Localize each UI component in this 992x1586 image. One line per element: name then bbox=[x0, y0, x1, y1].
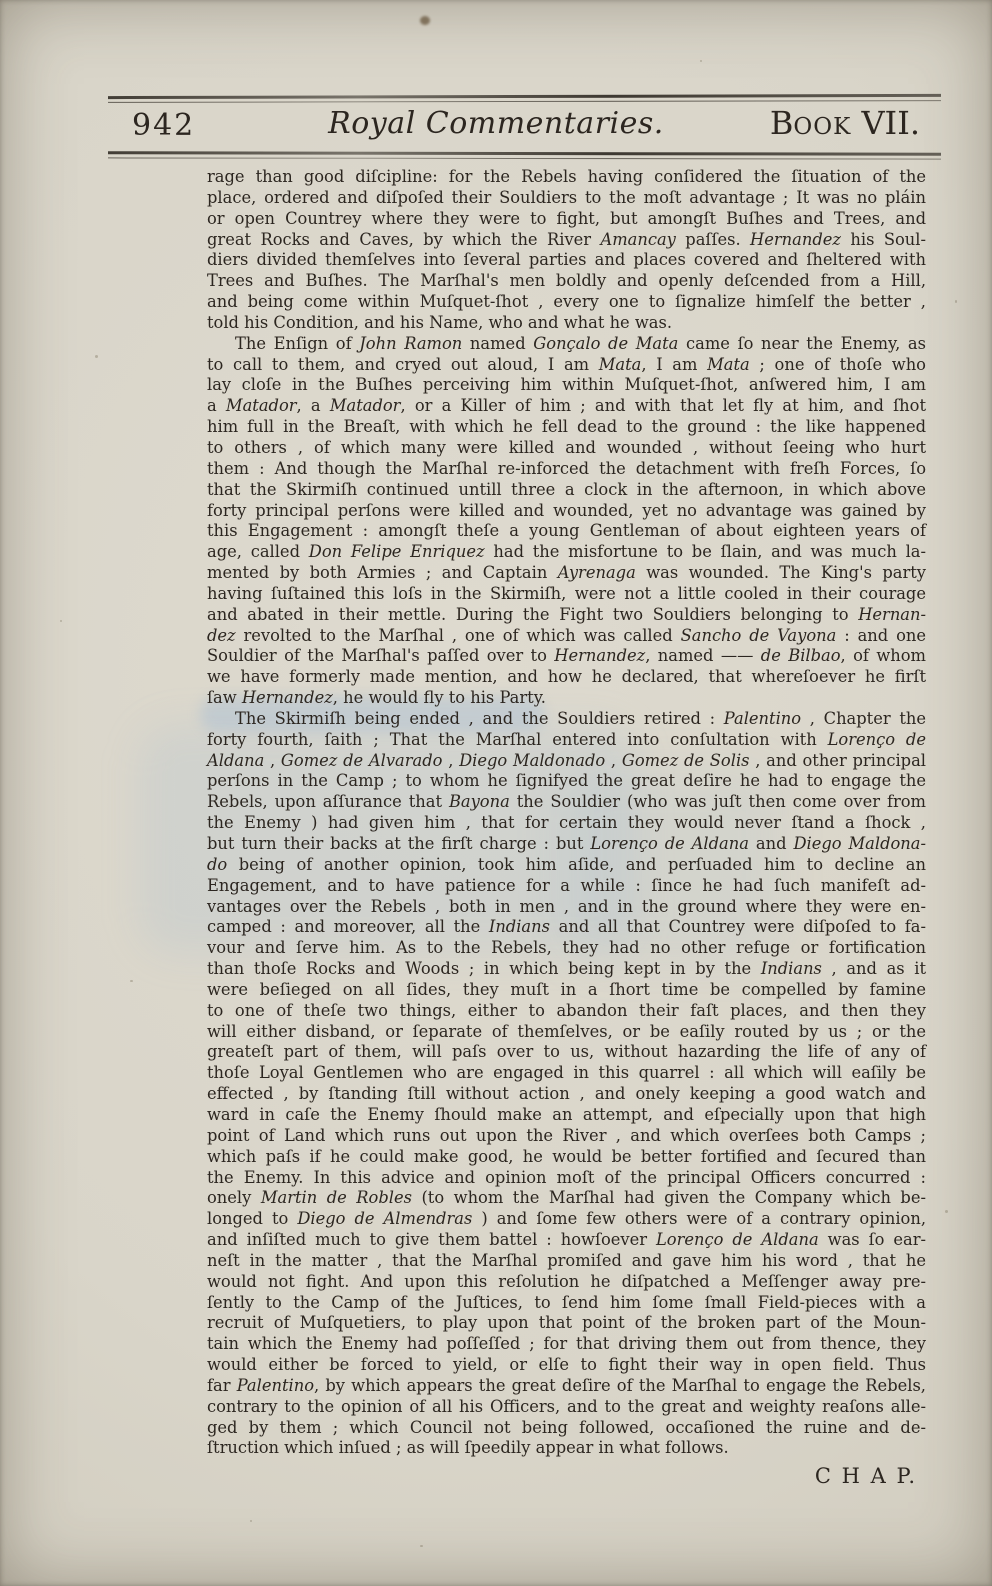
text-line: vour and ſerve him. As to the Rebels, th… bbox=[207, 938, 926, 959]
text-line: will either disband, or ſeparate of them… bbox=[207, 1022, 926, 1043]
text-line: The Enſign of John Ramon named Gonçalo d… bbox=[207, 334, 926, 355]
text-line: do being of another opinion, took him aſ… bbox=[207, 855, 926, 876]
text-line: recruit of Muſquetiers, to play upon tha… bbox=[207, 1313, 926, 1334]
text-line: Rebels, upon aſſurance that Bayona the S… bbox=[207, 792, 926, 813]
text-line: neſt in the matter , that the Marſhal pr… bbox=[207, 1251, 926, 1272]
paper-speck bbox=[60, 620, 62, 622]
text-line: ſently to the Camp of the Juſtices, to ſ… bbox=[207, 1293, 926, 1314]
text-line: having ſuſtained this loſs in the Skirmi… bbox=[207, 584, 926, 605]
text-line: age, called Don Felipe Enriquez had the … bbox=[207, 542, 926, 563]
text-line: effected , by ſtanding ſtill without act… bbox=[207, 1084, 926, 1105]
book-page-scan: 942 Royal Commentaries. Book VII. rage t… bbox=[0, 0, 992, 1586]
text-line: and being come within Muſquet-ſhot , eve… bbox=[207, 292, 926, 313]
text-line: and abated in their mettle. During the F… bbox=[207, 605, 926, 626]
paper-speck bbox=[95, 355, 98, 358]
text-line: diers divided themſelves into ſeveral pa… bbox=[207, 250, 926, 271]
text-line: rage than good diſcipline: for the Rebel… bbox=[207, 167, 926, 188]
header-rule-bottom-thin bbox=[108, 157, 941, 159]
book-numeral: VII. bbox=[851, 104, 920, 142]
text-line: longed to Diego de Almendras ) and ſome … bbox=[207, 1209, 926, 1230]
text-line: ſtruction which inſued ; as will ſpeedil… bbox=[207, 1438, 926, 1459]
text-line: or open Countrey where they were to figh… bbox=[207, 209, 926, 230]
text-line: mented by both Armies ; and Captain Ayre… bbox=[207, 563, 926, 584]
paper-speck bbox=[420, 1545, 423, 1547]
paragraph: rage than good diſcipline: for the Rebel… bbox=[207, 167, 926, 334]
header-rule-bottom-thick bbox=[108, 151, 941, 155]
text-line: camped : and moreover, all the Indians a… bbox=[207, 917, 926, 938]
book-label: Book VII. bbox=[770, 104, 920, 142]
text-line: dez revolted to the Marſhal , one of whi… bbox=[207, 626, 926, 647]
text-line: contrary to the opinion of all his Offic… bbox=[207, 1397, 926, 1418]
text-line: were beſieged on all ſides, they muſt in… bbox=[207, 980, 926, 1001]
text-line: vantages over the Rebels , both in men ,… bbox=[207, 897, 926, 918]
text-line: ward in caſe the Enemy ſhould make an at… bbox=[207, 1105, 926, 1126]
paper-speck bbox=[945, 1210, 948, 1213]
header-rule-top-thin bbox=[108, 100, 941, 103]
text-line: to others , of which many were killed an… bbox=[207, 438, 926, 459]
header-rule-top-thick bbox=[108, 94, 941, 99]
text-line: would either be forced to yield, or elſe… bbox=[207, 1355, 926, 1376]
text-line: lay cloſe in the Buſhes perceiving him w… bbox=[207, 375, 926, 396]
paper-speck bbox=[955, 300, 957, 303]
text-line: would not fight. And upon this reſolutio… bbox=[207, 1272, 926, 1293]
text-line: the Enemy. In this advice and opinion mo… bbox=[207, 1168, 926, 1189]
paper-speck bbox=[130, 980, 133, 982]
text-line: thoſe Loyal Gentlemen who are engaged in… bbox=[207, 1063, 926, 1084]
text-line: great Rocks and Caves, by which the Rive… bbox=[207, 230, 926, 251]
text-line: Souldier of the Marſhal's paſſed over to… bbox=[207, 646, 926, 667]
paper-speck bbox=[700, 60, 702, 62]
text-line: him full in the Breaſt, with which he fe… bbox=[207, 417, 926, 438]
text-line: than thoſe Rocks and Woods ; in which be… bbox=[207, 959, 926, 980]
text-line: onely Martin de Robles (to whom the Marſ… bbox=[207, 1188, 926, 1209]
text-line: greateſt part of them, will paſs over to… bbox=[207, 1042, 926, 1063]
text-line: but turn their backs at the firſt charge… bbox=[207, 834, 926, 855]
text-line: them : And though the Marſhal re-inforce… bbox=[207, 459, 926, 480]
paragraph: The Enſign of John Ramon named Gonçalo d… bbox=[207, 334, 926, 709]
text-line: forty fourth, ſaith ; That the Marſhal e… bbox=[207, 730, 926, 751]
text-block: rage than good diſcipline: for the Rebel… bbox=[207, 167, 926, 1459]
book-smallcaps: ook bbox=[793, 114, 851, 140]
text-line: told his Condition, and his Name, who an… bbox=[207, 313, 926, 334]
text-line: to call to them, and cryed out aloud, I … bbox=[207, 355, 926, 376]
text-line: Trees and Buſhes. The Marſhal's men bold… bbox=[207, 271, 926, 292]
text-line: and inſiſted much to give them battel : … bbox=[207, 1230, 926, 1251]
text-line: Engagement, and to have patience for a w… bbox=[207, 876, 926, 897]
text-line: which paſs if he could make good, he wou… bbox=[207, 1147, 926, 1168]
text-line: to one of theſe two things, either to ab… bbox=[207, 1001, 926, 1022]
book-initial: B bbox=[770, 104, 794, 142]
catchword: C H A P. bbox=[207, 1464, 917, 1488]
text-line: a Matador, a Matador, or a Killer of him… bbox=[207, 396, 926, 417]
text-line: perſons in the Camp ; to whom he ſignify… bbox=[207, 771, 926, 792]
text-line: tain which the Enemy had poſſeſſed ; for… bbox=[207, 1334, 926, 1355]
text-line: ged by them ; which Council not being fo… bbox=[207, 1418, 926, 1439]
text-line: far Palentino, by which appears the grea… bbox=[207, 1376, 926, 1397]
paragraph: The Skirmiſh being ended , and the Sould… bbox=[207, 709, 926, 1459]
text-line: Aldana , Gomez de Alvarado , Diego Maldo… bbox=[207, 751, 926, 772]
text-line: The Skirmiſh being ended , and the Sould… bbox=[207, 709, 926, 730]
text-line: this Engagement : amongſt theſe a young … bbox=[207, 521, 926, 542]
ink-spot bbox=[420, 16, 430, 25]
text-line: ſaw Hernandez, he would fly to his Party… bbox=[207, 688, 926, 709]
text-line: place, ordered and diſpoſed their Souldi… bbox=[207, 188, 926, 209]
text-line: point of Land which runs out upon the Ri… bbox=[207, 1126, 926, 1147]
paper-speck bbox=[250, 1520, 252, 1522]
text-line: forty principal perſons were killed and … bbox=[207, 501, 926, 522]
text-line: the Enemy ) had given him , that for cer… bbox=[207, 813, 926, 834]
text-line: we have formerly made mention, and how h… bbox=[207, 667, 926, 688]
text-line: that the Skirmiſh continued untill three… bbox=[207, 480, 926, 501]
